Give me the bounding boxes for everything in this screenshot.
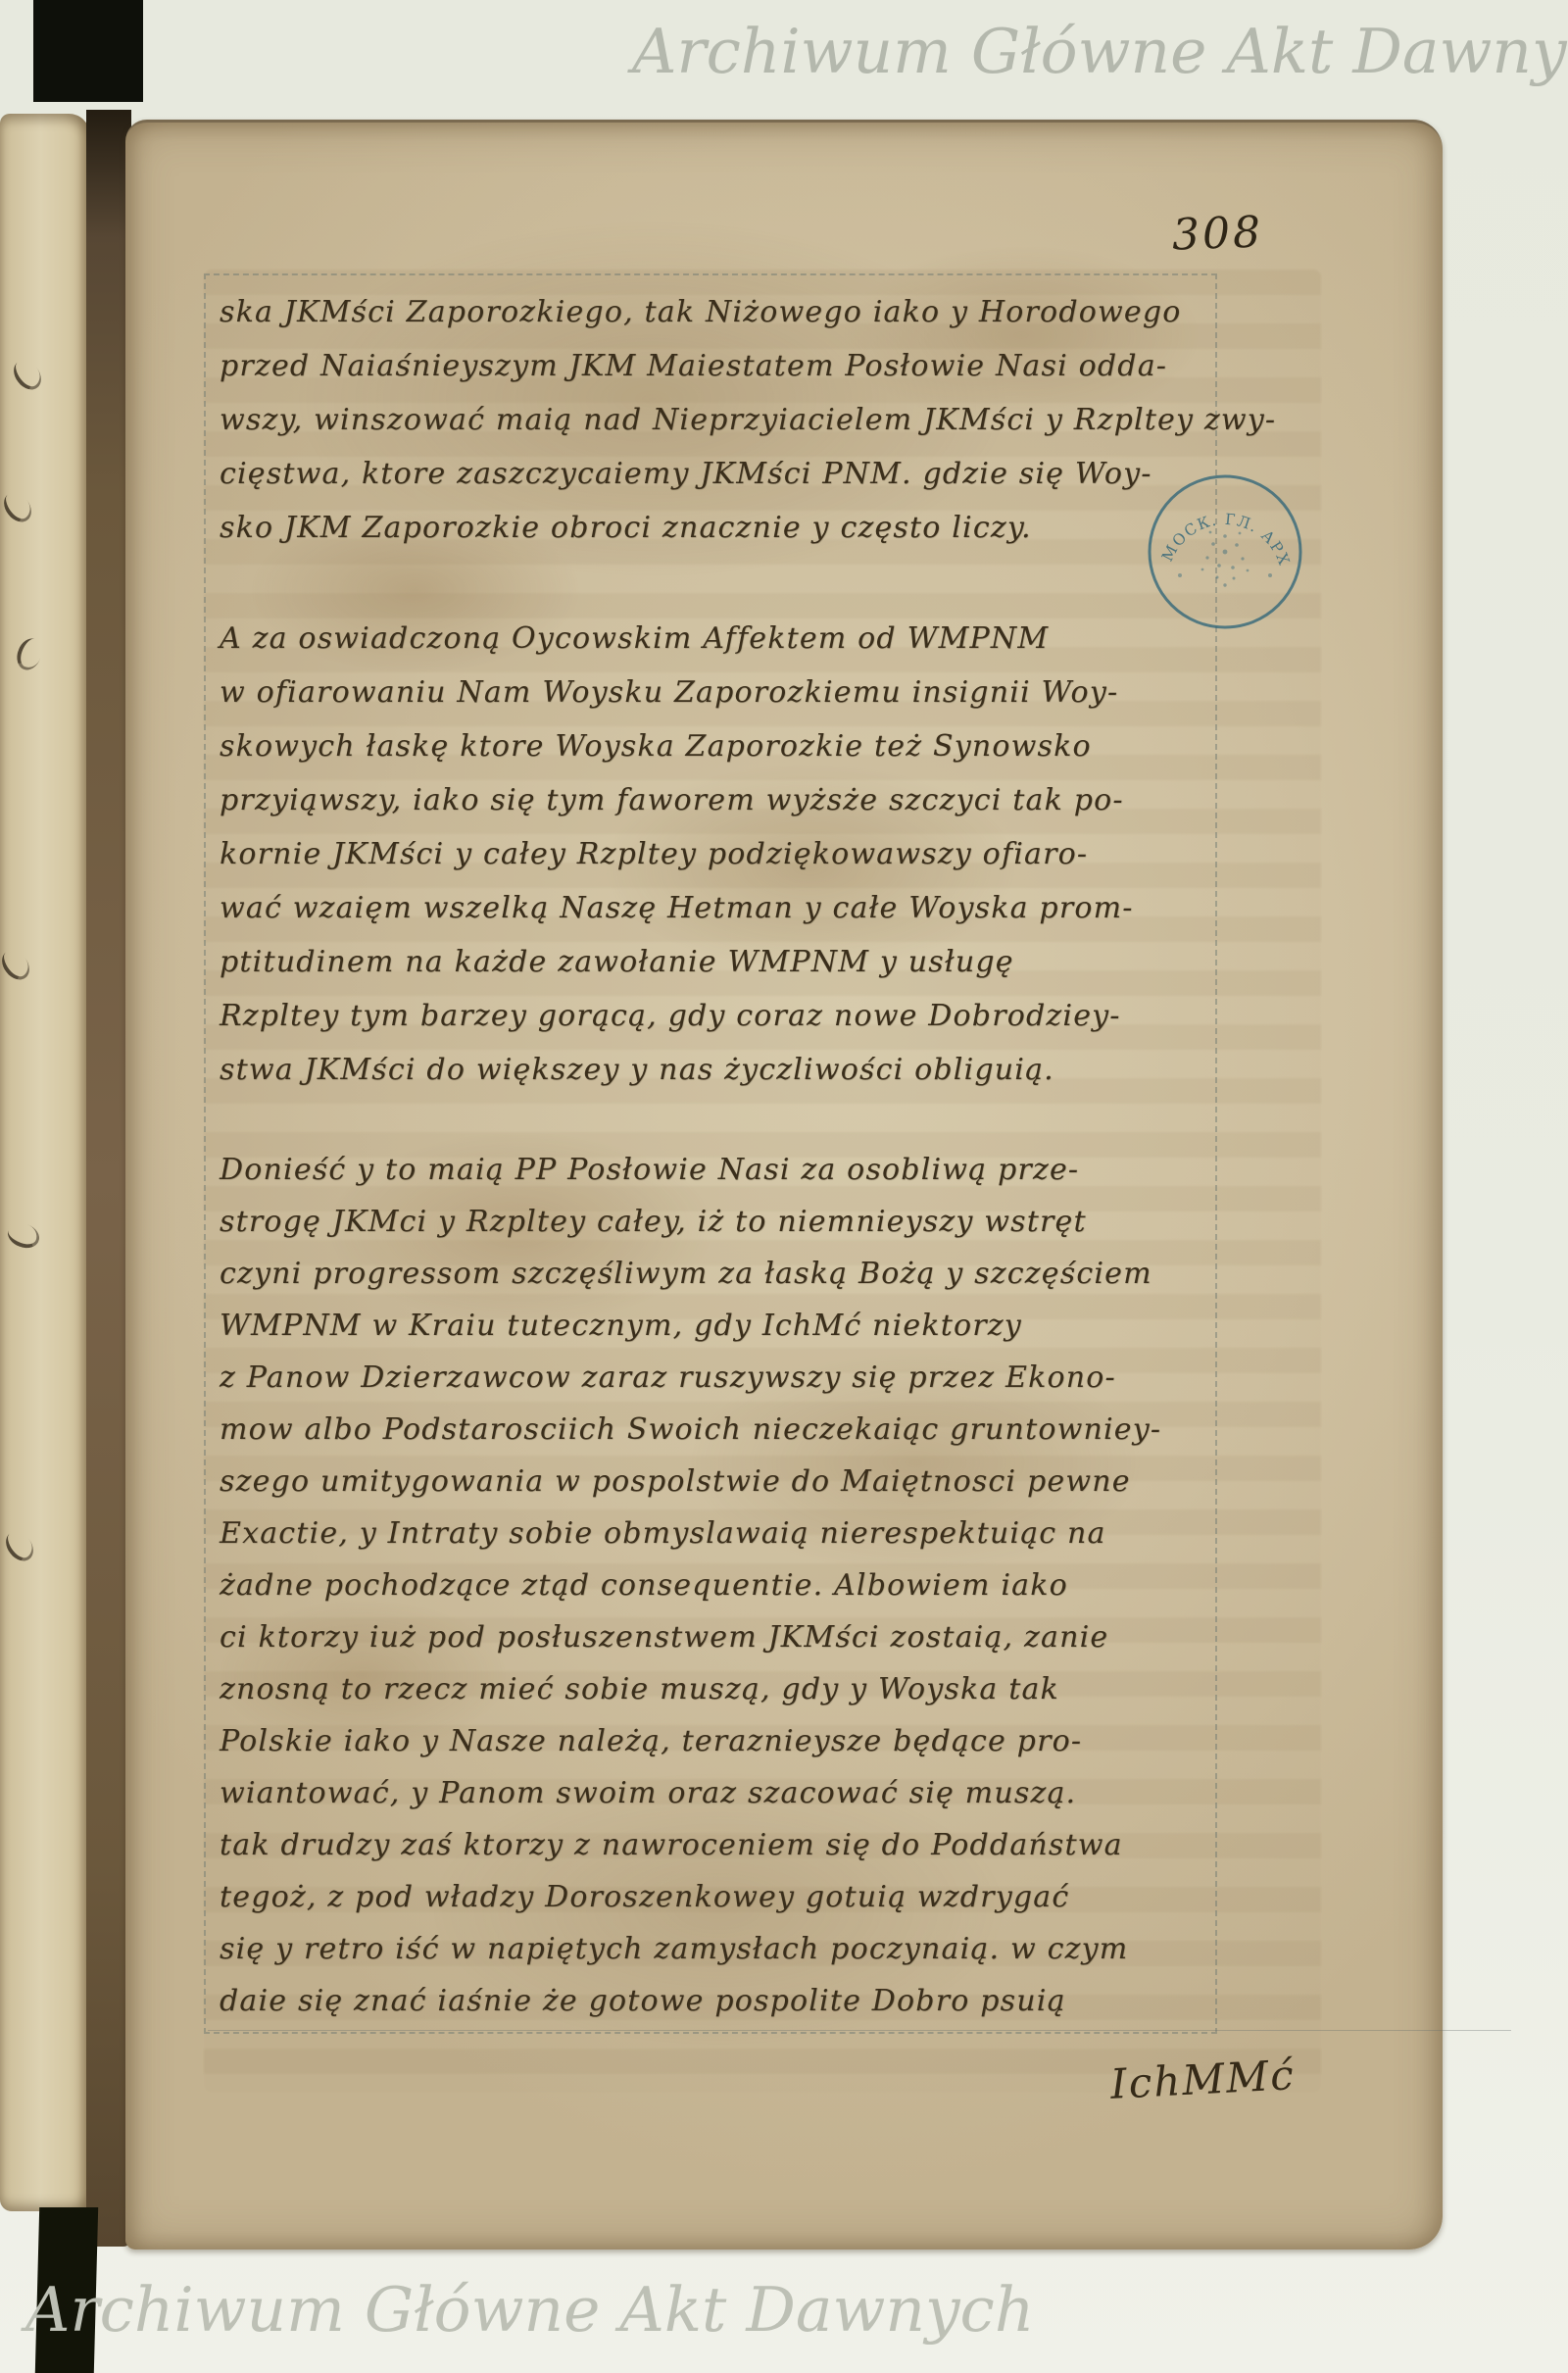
svg-text:МОСК. ГЛ. АРХИВЪ: МОСК. ГЛ. АРХИВЪ bbox=[1141, 468, 1294, 569]
manuscript-line: przyiąwszy, iako się tym faworem wyżsże … bbox=[220, 773, 1298, 827]
manuscript-paragraph: ska JKMści Zaporozkiego, tak Niżowego ia… bbox=[220, 285, 1298, 555]
binding-tape bbox=[33, 0, 143, 102]
manuscript-line: wszy, winszować maią nad Nieprzyiacielem… bbox=[220, 393, 1298, 447]
manuscript-line: ska JKMści Zaporozkiego, tak Niżowego ia… bbox=[220, 285, 1298, 339]
manuscript-line: tegoż, z pod władzy Doroszenkowey gotuią… bbox=[220, 1871, 1298, 1923]
manuscript-line: ptitudinem na każde zawołanie WMPNM y us… bbox=[220, 935, 1298, 989]
manuscript-line: sko JKM Zaporozkie obroci znacznie y czę… bbox=[220, 501, 1298, 555]
archive-stamp-icon: МОСК. ГЛ. АРХИВЪ bbox=[1141, 468, 1309, 636]
manuscript-line: WMPNM w Kraiu tutecznym, gdy IchMć niekt… bbox=[220, 1300, 1298, 1352]
manuscript-line: daie się znać iaśnie że gotowe pospolite… bbox=[220, 1975, 1298, 2027]
manuscript-paragraph: A za oswiadczoną Oycowskim Affektem od W… bbox=[220, 612, 1298, 1097]
left-page-ink-fragment bbox=[4, 1219, 42, 1253]
manuscript-line: szego umitygowania w pospolstwie do Maię… bbox=[220, 1456, 1298, 1508]
manuscript-line: strogę JKMci y Rzpltey całey, iż to niem… bbox=[220, 1196, 1298, 1248]
manuscript-line: wiantować, y Panom swoim oraz szacować s… bbox=[220, 1767, 1298, 1819]
left-page-ink-fragment bbox=[0, 945, 35, 985]
left-page-edge bbox=[0, 114, 90, 2211]
manuscript-line: cięstwa, ktore zaszczycaiemy JKMści PNM.… bbox=[220, 447, 1298, 501]
manuscript-line: kornie JKMści y całey Rzpltey podziękowa… bbox=[220, 827, 1298, 881]
manuscript-line: przed Naiaśnieyszym JKM Maiestatem Posło… bbox=[220, 339, 1298, 393]
manuscript-line: czyni progressom szczęśliwym za łaską Bo… bbox=[220, 1248, 1298, 1300]
manuscript-line: żadne pochodzące ztąd consequentie. Albo… bbox=[220, 1559, 1298, 1611]
signature-mark: IchMMć bbox=[1109, 2051, 1297, 2108]
manuscript-line: mow albo Podstarosciich Swoich nieczekai… bbox=[220, 1404, 1298, 1456]
left-page-ink-fragment bbox=[8, 355, 46, 395]
text-block: ska JKMści Zaporozkiego, tak Niżowego ia… bbox=[220, 285, 1298, 2027]
manuscript-line: wać wzaięm wszelką Naszę Hetman y całe W… bbox=[220, 881, 1298, 935]
left-page-ink-fragment bbox=[0, 487, 37, 527]
manuscript-line: w ofiarowaniu Nam Woysku Zaporozkiemu in… bbox=[220, 666, 1298, 719]
manuscript-line: stwa JKMści do większey y nas życzliwośc… bbox=[220, 1043, 1298, 1097]
manuscript-line: Donieść y to maią PP Posłowie Nasi za os… bbox=[220, 1144, 1298, 1196]
stamp-legend: МОСК. ГЛ. АРХИВЪ bbox=[1141, 468, 1294, 569]
manuscript-line: skowych łaskę ktore Woyska Zaporozkie te… bbox=[220, 719, 1298, 773]
manuscript-line: Rzpltey tym barzey gorącą, gdy coraz now… bbox=[220, 989, 1298, 1043]
manuscript-line: tak drudzy zaś ktorzy z nawroceniem się … bbox=[220, 1819, 1298, 1871]
manuscript-line: znosną to rzecz mieć sobie muszą, gdy y … bbox=[220, 1663, 1298, 1715]
manuscript-line: ci ktorzy iuż pod posłuszenstwem JKMści … bbox=[220, 1611, 1298, 1663]
manuscript-page: 308 ska JKMści Zaporozkiego, tak Niżoweg… bbox=[125, 120, 1443, 2249]
manuscript-line: z Panow Dzierzawcow zaraz ruszywszy się … bbox=[220, 1352, 1298, 1404]
manuscript-line: się y retro iść w napiętych zamysłach po… bbox=[220, 1923, 1298, 1975]
left-page-ink-fragment bbox=[13, 635, 46, 673]
page-number: 308 bbox=[1171, 207, 1264, 260]
left-page-ink-fragment bbox=[0, 1526, 38, 1566]
manuscript-line: A za oswiadczoną Oycowskim Affektem od W… bbox=[220, 612, 1298, 666]
manuscript-paragraph: Donieść y to maią PP Posłowie Nasi za os… bbox=[220, 1144, 1298, 2027]
archive-watermark-bottom: Archiwum Główne Akt Dawnych bbox=[25, 2274, 1034, 2346]
pencil-rule-line bbox=[208, 2030, 1511, 2031]
archive-watermark-top: Archiwum Główne Akt Dawnych bbox=[632, 16, 1563, 87]
bookmark-ribbon bbox=[35, 2207, 98, 2373]
manuscript-line: Polskie iako y Nasze należą, teraznieysz… bbox=[220, 1715, 1298, 1767]
manuscript-line: Exactie, y Intraty sobie obmyslawaią nie… bbox=[220, 1508, 1298, 1559]
